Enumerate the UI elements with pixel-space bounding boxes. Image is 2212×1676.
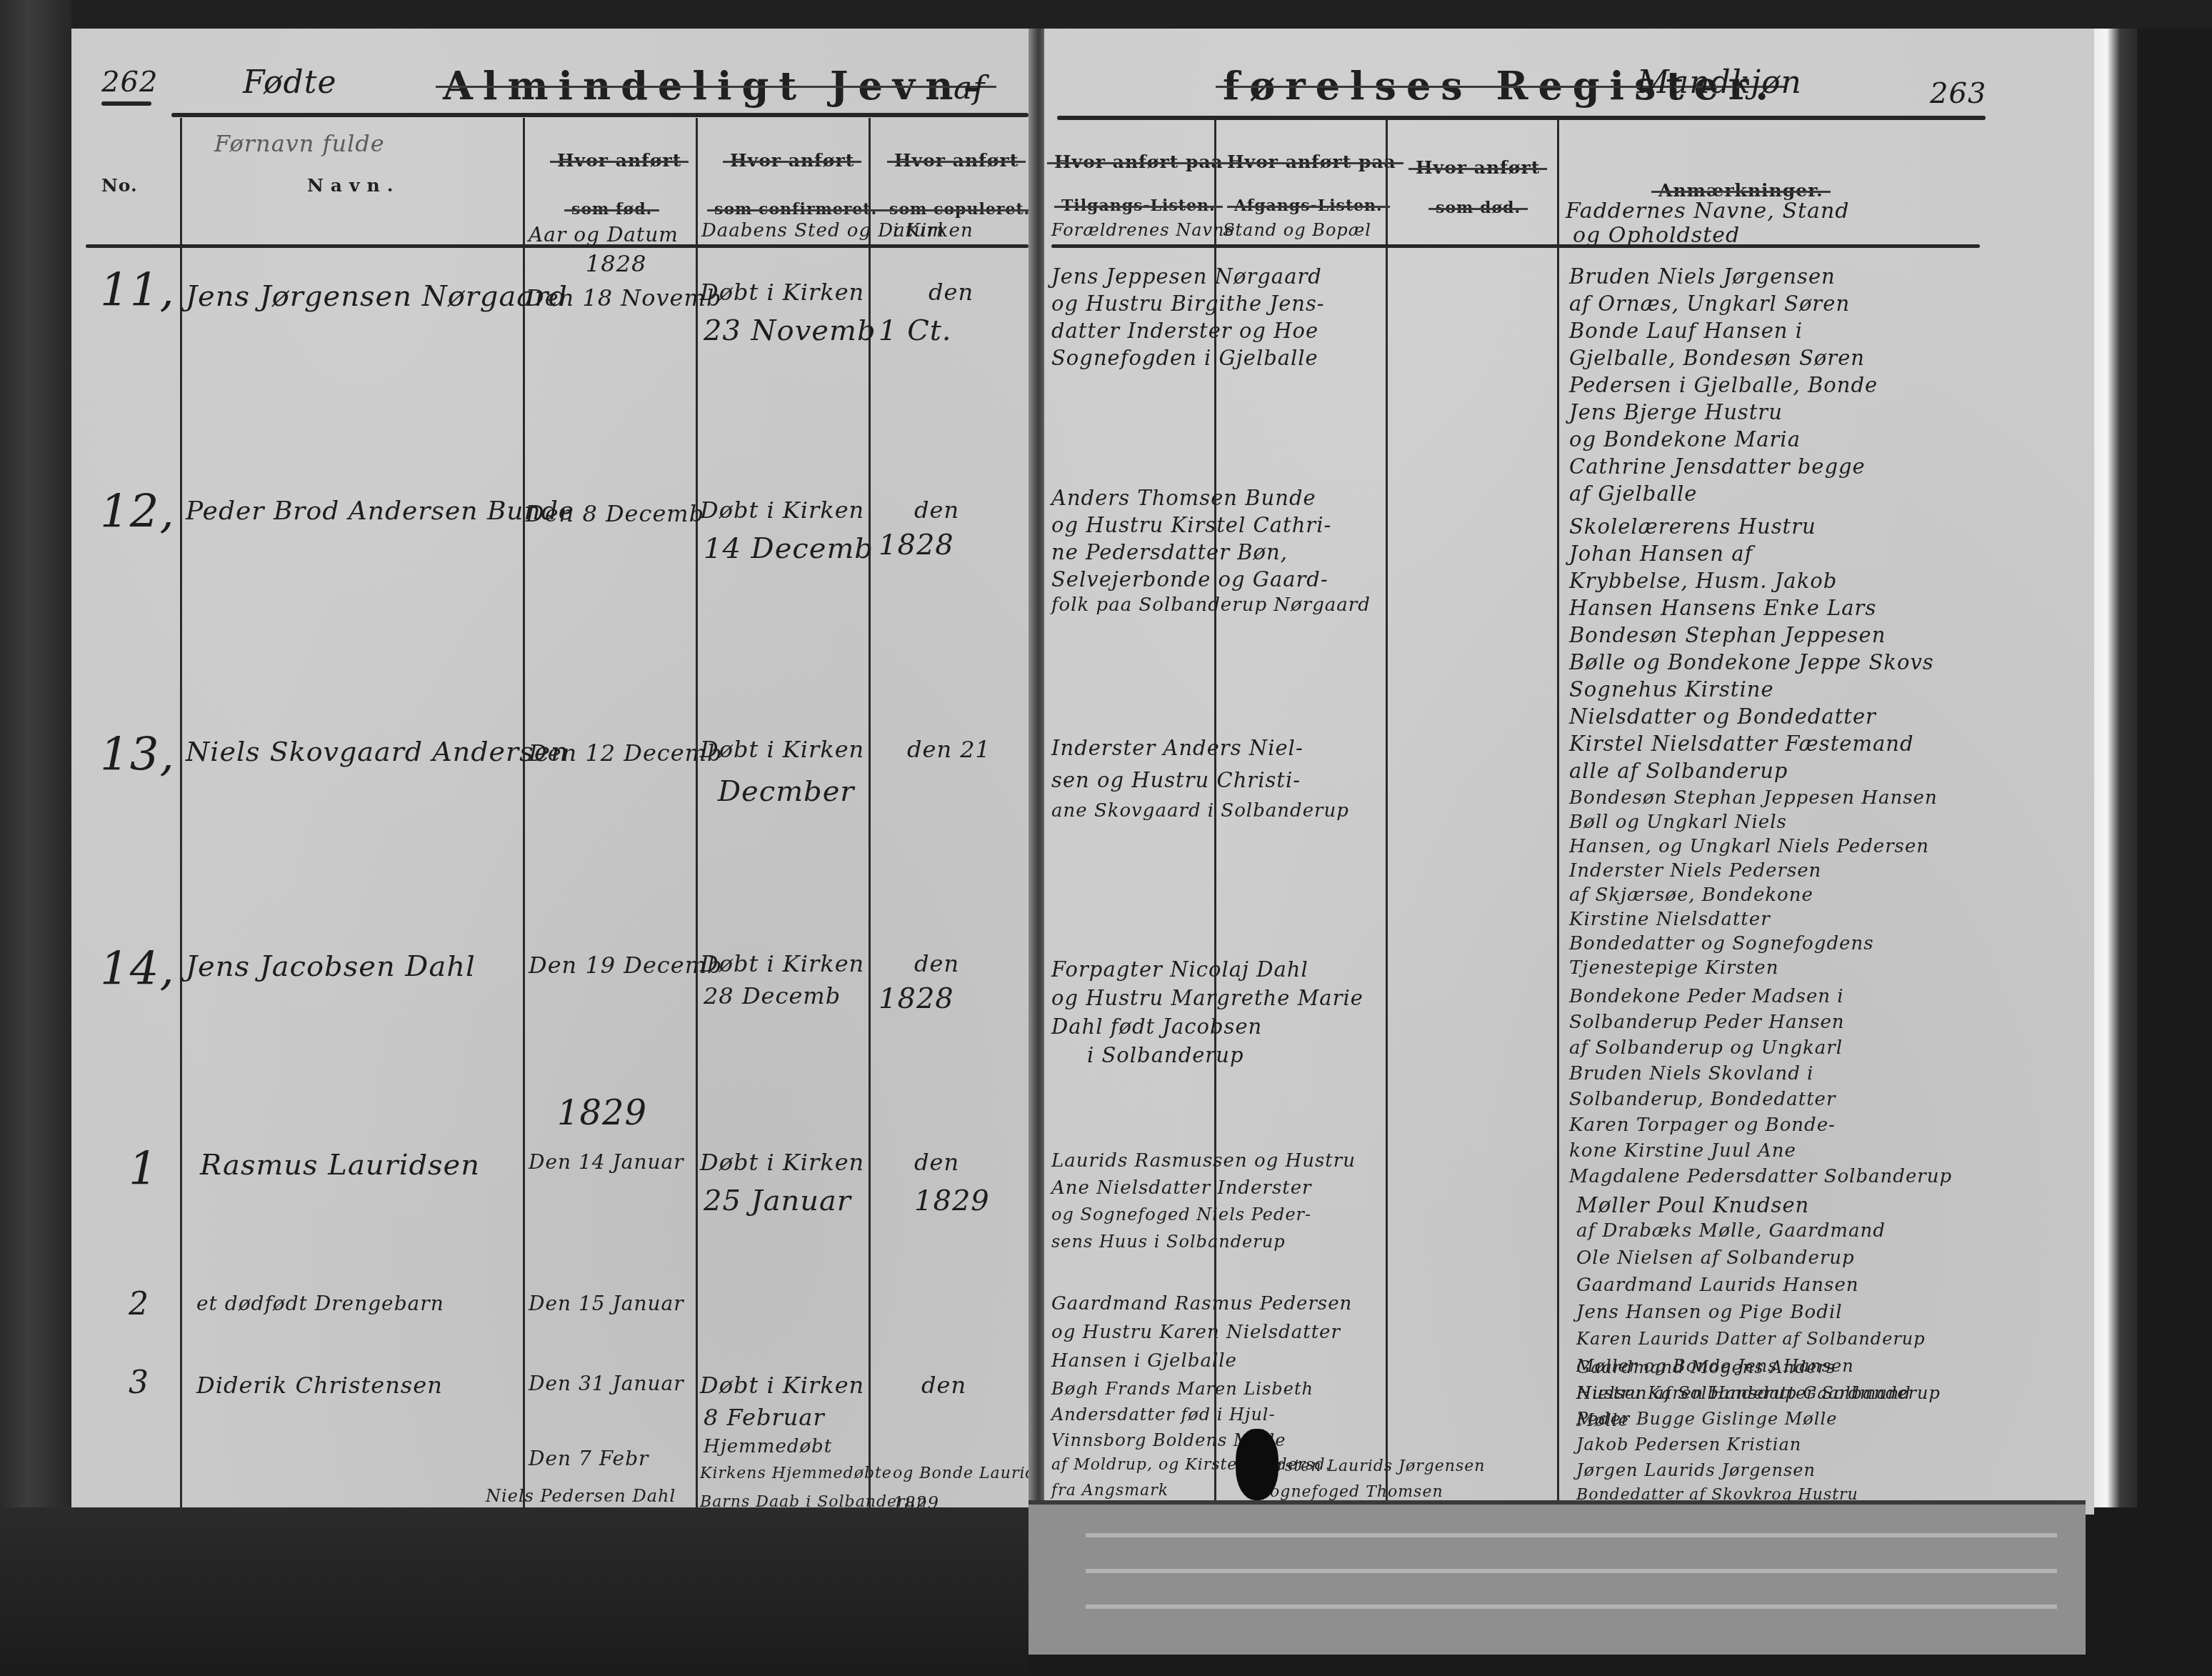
page-number-rule [101,101,151,106]
column-divider [696,118,698,1515]
entry-baptized-date: 8 Februar [704,1404,825,1431]
entry-married-1: den [921,1372,966,1399]
entry-parents-line: og Hustru Margrethe Marie [1051,986,1363,1010]
column-header-married-note: i Kirken [893,220,974,241]
entry-remark-line: af Ornæs, Ungkarl Søren [1569,291,1850,316]
entry-parents-line: fra Angsmark [1051,1482,1168,1500]
entry-number: 2 [129,1286,149,1322]
entry-born-date: Den 31 Januar [529,1372,684,1395]
entry-number: 11, [100,264,175,317]
entry-married-1: den [914,497,959,524]
entry-remark-line: og Bondekone Maria [1569,427,1801,452]
page-stack-edge [1086,1605,2057,1609]
entry-parents-line: Bøgh Frands Maren Lisbeth [1051,1379,1313,1399]
column-header-born-note: Aar og Datum [529,223,679,246]
entry-baptized-place: Døbt i Kirken [700,1372,864,1399]
entry-remark-line: Bonde Lauf Hansen i [1569,319,1803,343]
entry-remark-line: Bondedatter og Sognefogdens [1569,933,1874,954]
column-header-name-note: Førnavn fulde [214,130,385,157]
entry-parents-line: ane Skovgaard i Solbanderup [1051,800,1349,822]
page-stack-edge [1086,1569,2057,1573]
page-stack-edge [1086,1533,2057,1537]
entry-number: 13, [100,729,175,782]
entry-remark-line: kone Kirstine Juul Ane [1569,1140,1796,1162]
entry-parents-line: Laurids Rasmussen og Hustru [1051,1150,1356,1172]
footnote-right-1: og Bonde Laurids [893,1465,1045,1482]
entry-married-1: den [929,279,974,306]
entry-remark-line: Solbanderup, Bondedatter [1569,1089,1836,1110]
entry-born-date: Den 18 Novemb [526,284,721,311]
scan-border-left [0,0,71,1676]
entry-name: Rasmus Lauridsen [200,1149,480,1182]
left-page-number: 262 [101,66,158,99]
ink-blot [1236,1429,1278,1500]
entry-number: 12, [100,486,175,539]
entry-remark-line: Kirstine Nielsdatter [1569,909,1771,930]
entry-remark-line: Skolelærerens Hustru [1569,514,1816,539]
header-top-rule [171,113,1029,117]
entry-parents-line: Selvejerbonde og Gaard- [1051,567,1328,592]
entry-remark-line: Karen Laurids Datter af Solbanderup [1576,1329,1926,1349]
entry-remark-line: Kirstel Nielsdatter Fæstemand [1569,732,1914,756]
underlying-pages [1029,1500,2086,1655]
entry-parents-line: i Solbanderup [1087,1043,1243,1067]
right-page-number: 263 [1930,77,1986,110]
entry-remark-line: Tjenestepige Kirsten [1569,957,1778,979]
entry-year: 1829 [557,1093,647,1133]
entry-name: Jens Jacobsen Dahl [186,950,476,983]
entry-remark-line: af Solbanderup og Ungkarl [1569,1037,1843,1059]
entry-parents-line: Hansen i Gjelballe [1051,1350,1237,1372]
left-title: Almindeligt Jevn- [443,63,989,109]
entry-parents-line: og Sognefoged Niels Peder- [1051,1204,1311,1224]
entry-baptized-date: 23 Novemb [704,314,876,347]
entry-baptized-place: Døbt i Kirken [700,279,864,306]
entry-name: Niels Skovgaard Andersen [186,736,569,767]
entry-remark-line: Jørgen Laurids Jørgensen [1576,1460,1816,1480]
entry-parents-line: Jens Jeppesen Nørgaard [1051,264,1322,289]
entry-parents-line: Forpagter Nicolaj Dahl [1051,957,1308,982]
column-divider [523,118,525,1515]
entry-remark-line: af Gjelballe [1569,482,1697,506]
entry-remark-line: Karen Torpager og Bonde- [1569,1114,1836,1136]
entry-remark-line: Ole Nielsen af Solbanderup [1576,1247,1855,1269]
footnote-left-1: Niels Pedersen Dahl [486,1486,676,1506]
title-gap-note: af [954,70,986,106]
entry-remark-line: af Drabæks Mølle, Gaardmand [1576,1220,1886,1242]
entry-parents-line: Dahl født Jacobsen [1051,1014,1262,1039]
entry-baptized-date: 28 Decemb [704,982,841,1009]
column-header-arrival-top: Hvor anført paa [1054,151,1223,172]
column-header-no: No. [101,175,138,196]
header-bottom-rule [86,244,1029,248]
entry-name: Peder Brod Andersen Bunde [186,497,574,526]
entry-married-2: 1 Ct. [879,314,952,347]
entry-baptized-place: Døbt i Kirken [700,950,864,977]
column-header-confirmed-top: Hvor anført [730,150,854,171]
entry-born-date: Den 19 Decemb [529,952,723,979]
entry-baptized-place: Døbt i Kirken [700,497,864,524]
entry-baptized-date: Decmber [718,775,854,808]
header-bottom-rule [1051,244,1980,248]
column-header-departure-top: Hvor anført paa [1227,151,1396,172]
entry-parents-line: Inderster Anders Niel- [1051,736,1303,760]
entry-remark-line: Jens Hansen og Pige Bodil [1576,1302,1843,1323]
entry-remark-line: Bondesøn Stephan Jeppesen [1569,623,1886,647]
entry-married-2: 1828 [879,529,954,562]
entry-remark-line: Peder Bugge Gislinge Mølle [1576,1409,1837,1429]
scan-border-top [0,0,2212,29]
entry-baptized-place: Døbt i Kirken [700,1149,864,1176]
entry-parents-line: datter Inderster og Hoe [1051,319,1318,343]
entry-remark-line: Nielsdatter og Bondedatter [1569,704,1876,729]
column-divider [180,118,182,1515]
departure-note: Sognefoged Thomsen [1258,1483,1443,1501]
entry-parents-line: Gaardmand Rasmus Pedersen [1051,1293,1352,1315]
entry-parents-line: og Hustru Karen Nielsdatter [1051,1322,1341,1343]
column-header-married-top: Hvor anført [894,150,1019,171]
header-top-rule [1057,116,1986,120]
column-divider [1557,118,1559,1515]
entry-married-1: den [914,1149,959,1176]
entry-baptized-date: 14 Decemb [704,532,874,565]
entry-remark-line: Bruden Niels Jørgensen [1569,264,1836,289]
right-margin-note: Mandkjøn [1637,64,1802,101]
entry-baptized-date: 25 Januar [704,1184,851,1217]
entry-remark-line: Gaardmand Mogens Anders [1576,1357,1836,1377]
column-header-remarks: Anmærkninger. [1658,180,1823,201]
entry-remark-line: Cathrine Jensdatter begge [1569,454,1866,479]
entry-born-date: Den 15 Januar [529,1292,684,1315]
column-header-born-bottom: som fød. [571,200,652,219]
left-margin-note: Fødte [243,64,337,101]
entry-baptized-note: Hjemmedøbt [704,1436,832,1457]
entry-remark-line: af Skjærsøe, Bondekone [1569,884,1813,906]
entry-remark-line: Gjelballe, Bondesøn Søren [1569,346,1865,370]
entry-remark-line: Bøll og Ungkarl Niels [1569,812,1787,833]
entry-remark-line: Bruden Niels Skovland i [1569,1063,1813,1084]
entry-remark-line: Magdalene Pedersdatter Solbanderup [1569,1166,1952,1187]
column-header-remarks-note-1: Faddernes Navne, Stand [1566,199,1849,224]
left-page: 262 Fødte Almindeligt Jevn- af No. Førna… [71,29,1036,1515]
column-header-confirmed-bottom: som confirmeret. [714,200,877,219]
entry-year: 1828 [586,250,646,277]
entry-remark-line: Hansen Hansens Enke Lars [1569,596,1876,620]
entry-name: Diderik Christensen [196,1372,443,1399]
entry-born-date: Den 8 Decemb [526,500,704,527]
entry-remark-line: Sognehus Kirstine [1569,677,1774,702]
entry-remark-line: Inderster Niels Pedersen [1569,860,1821,882]
column-header-death-bottom: som død. [1436,199,1521,217]
entry-remark-line: Jens Bjerge Hustru [1569,400,1783,424]
column-header-departure-bottom: Afgangs-Listen. [1234,196,1383,215]
entry-number: 14, [100,943,175,996]
entry-baptized-place: Døbt i Kirken [700,736,864,763]
entry-parents-line: Andersdatter fød i Hjul- [1051,1405,1276,1425]
entry-parents-line: og Hustru Kirstel Cathri- [1051,513,1331,537]
entry-remark-line: Hansen, og Ungkarl Niels Pedersen [1569,836,1929,857]
entry-number: 3 [129,1365,149,1401]
entry-remark-line: Bondesøn Stephan Jeppesen Hansen [1569,787,1938,809]
entry-parents-line: Ane Nielsdatter Inderster [1051,1177,1312,1199]
entry-number: 1 [129,1143,159,1196]
column-header-arrival-note: Forældrenes Navne [1051,220,1236,240]
entry-born-date-2: Den 7 Febr [529,1447,649,1470]
entry-remark-line: Pedersen i Gjelballe, Bonde [1569,373,1878,397]
entry-parents-line: sen og Hustru Christi- [1051,768,1301,792]
entry-remark-line: Nielsen af Solbanderup Gaardmand [1576,1383,1911,1403]
column-divider [1386,118,1388,1515]
entry-remark-line: Jakob Pedersen Kristian [1576,1435,1801,1455]
entry-born-date: Den 14 Januar [529,1150,684,1174]
entry-name: et dødfødt Drengebarn [196,1292,444,1315]
entry-remark-line: Møller Poul Knudsen [1576,1193,1809,1217]
entry-married-1: den [914,950,959,977]
entry-remark-line: Krybbelse, Husm. Jakob [1569,569,1837,593]
column-header-born-top: Hvor anført [557,150,681,171]
entry-married-1: den 21 [907,736,991,763]
footnote-mid-1: Kirkens Hjemmedøbte [700,1465,892,1482]
departure-note: Kirsten Laurids Jørgensen [1258,1457,1485,1475]
entry-married-2: 1828 [879,982,954,1015]
column-header-departure-note: Stand og Bopæl [1223,220,1371,240]
column-header-married-bottom: som copuleret. [889,200,1030,219]
column-header-death-top: Hvor anført [1416,157,1540,178]
entry-parents-line: folk paa Solbanderup Nørgaard [1051,594,1371,616]
column-header-name: Navn. [307,175,400,196]
entry-remark-line: Bondekone Peder Madsen i [1569,986,1844,1007]
entry-parents-line: ne Pedersdatter Bøn, [1051,540,1288,564]
entry-remark-line: Gaardmand Laurids Hansen [1576,1275,1859,1296]
entry-parents-line: og Hustru Birgithe Jens- [1051,291,1325,316]
entry-remark-line: alle af Solbanderup [1569,759,1788,783]
entry-parents-line: Anders Thomsen Bunde [1051,486,1316,510]
right-page: førelses Register. Mandkjøn 263 Hvor anf… [1044,29,2094,1515]
entry-married-2: 1829 [914,1184,990,1217]
entry-parents-line: sens Huus i Solbanderup [1051,1232,1286,1252]
entry-remark-line: Solbanderup Peder Hansen [1569,1012,1845,1033]
entry-born-date: Den 12 Decemb [529,739,723,767]
entry-remark-line: Johan Hansen af [1569,542,1753,566]
column-header-arrival-bottom: Tilgangs-Listen. [1061,196,1216,215]
page-edge [2094,29,2137,1507]
entry-name: Jens Jørgensen Nørgaard [186,280,568,313]
entry-remark-line: Bølle og Bondekone Jeppe Skovs [1569,650,1934,674]
entry-parents-line: Sognefogden i Gjelballe [1051,346,1318,370]
scan-border-bottom [0,1507,1029,1676]
